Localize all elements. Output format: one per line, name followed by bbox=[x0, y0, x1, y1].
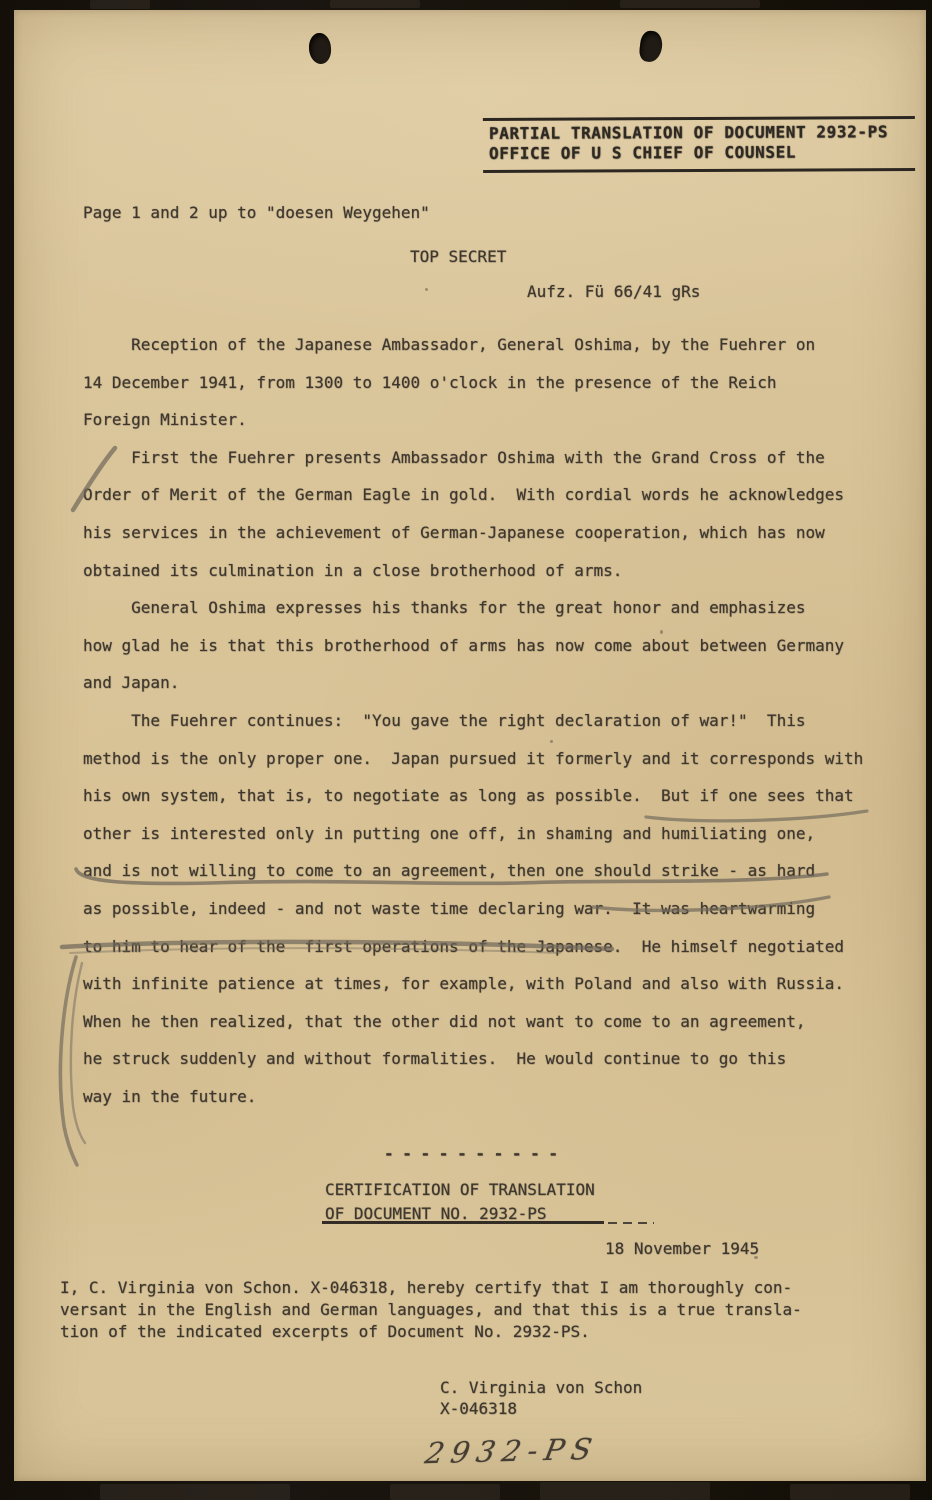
stamp-line-2: OFFICE OF U S CHIEF OF COUNSEL bbox=[489, 142, 915, 164]
certification-heading: CERTIFICATION OF TRANSLATION OF DOCUMENT… bbox=[325, 1178, 595, 1226]
text-line: Foreign Minister. bbox=[83, 401, 893, 439]
text-line: The Fuehrer continues: "You gave the rig… bbox=[83, 702, 893, 740]
backdrop-debris bbox=[330, 0, 420, 8]
text-line: Order of Merit of the German Eagle in go… bbox=[83, 476, 893, 514]
text-line: versant in the English and German langua… bbox=[60, 1299, 802, 1321]
text-line: way in the future. bbox=[83, 1078, 893, 1116]
text-line: 14 December 1941, from 1300 to 1400 o'cl… bbox=[83, 364, 893, 402]
backdrop-debris bbox=[100, 1484, 290, 1500]
text-line: he struck suddenly and without formaliti… bbox=[83, 1040, 893, 1078]
punch-hole-icon bbox=[638, 30, 664, 63]
text-line: General Oshima expresses his thanks for … bbox=[83, 589, 893, 627]
text-line: how glad he is that this brotherhood of … bbox=[83, 627, 893, 665]
text-line: method is the only proper one. Japan pur… bbox=[83, 740, 893, 778]
pencil-margin-bracket bbox=[60, 957, 77, 1165]
paper-speck bbox=[754, 1256, 758, 1259]
certification-date: 18 November 1945 bbox=[605, 1239, 759, 1258]
heading-underline bbox=[322, 1221, 604, 1224]
text-line: First the Fuehrer presents Ambassador Os… bbox=[83, 439, 893, 477]
text-line: with infinite patience at times, for exa… bbox=[83, 965, 893, 1003]
backdrop-debris bbox=[620, 0, 760, 8]
signature-block: C. Virginia von Schon X-046318 bbox=[440, 1377, 642, 1419]
text-line: I, C. Virginia von Schon. X-046318, here… bbox=[60, 1277, 802, 1299]
backdrop-debris bbox=[390, 1484, 500, 1500]
separator-dashes: - - - - - - - - - - bbox=[384, 1144, 558, 1163]
stamp-header: PARTIAL TRANSLATION OF DOCUMENT 2932-PS … bbox=[483, 116, 915, 173]
text-line: and is not willing to come to an agreeme… bbox=[83, 852, 893, 890]
paper-sheet: PARTIAL TRANSLATION OF DOCUMENT 2932-PS … bbox=[14, 10, 926, 1481]
signature-name: C. Virginia von Schon bbox=[440, 1377, 642, 1398]
text-line: his own system, that is, to negotiate as… bbox=[83, 777, 893, 815]
text-line: to him to hear of the first operations o… bbox=[83, 928, 893, 966]
certification-heading-line1: CERTIFICATION OF TRANSLATION bbox=[325, 1178, 595, 1202]
text-line: other is interested only in putting one … bbox=[83, 815, 893, 853]
stamp-line-1: PARTIAL TRANSLATION OF DOCUMENT 2932-PS bbox=[489, 122, 915, 144]
handwritten-document-number: 2932-PS bbox=[422, 1432, 601, 1470]
backdrop-debris bbox=[790, 1484, 910, 1500]
text-line: his services in the achievement of Germa… bbox=[83, 514, 893, 552]
text-line: obtained its culmination in a close brot… bbox=[83, 552, 893, 590]
page-note: Page 1 and 2 up to "doesen Weygehen" bbox=[83, 203, 430, 222]
reference-number: Aufz. Fü 66/41 gRs bbox=[527, 282, 700, 301]
signature-id: X-046318 bbox=[440, 1398, 642, 1419]
backdrop-debris bbox=[540, 1482, 710, 1500]
document-body: Reception of the Japanese Ambassador, Ge… bbox=[83, 326, 893, 1115]
text-line: Reception of the Japanese Ambassador, Ge… bbox=[83, 326, 893, 364]
paper-speck bbox=[425, 288, 428, 291]
classification-label: TOP SECRET bbox=[410, 247, 506, 266]
certification-statement: I, C. Virginia von Schon. X-046318, here… bbox=[60, 1277, 802, 1342]
text-line: When he then realized, that the other di… bbox=[83, 1003, 893, 1041]
paper-speck bbox=[550, 740, 553, 743]
document-scan: PARTIAL TRANSLATION OF DOCUMENT 2932-PS … bbox=[0, 0, 932, 1500]
text-line: tion of the indicated excerpts of Docume… bbox=[60, 1321, 802, 1343]
backdrop-debris bbox=[90, 0, 150, 9]
paper-speck bbox=[660, 630, 663, 634]
heading-underline-dashes bbox=[608, 1222, 654, 1224]
text-line: and Japan. bbox=[83, 664, 893, 702]
punch-hole-icon bbox=[308, 32, 332, 64]
text-line: as possible, indeed - and not waste time… bbox=[83, 890, 893, 928]
